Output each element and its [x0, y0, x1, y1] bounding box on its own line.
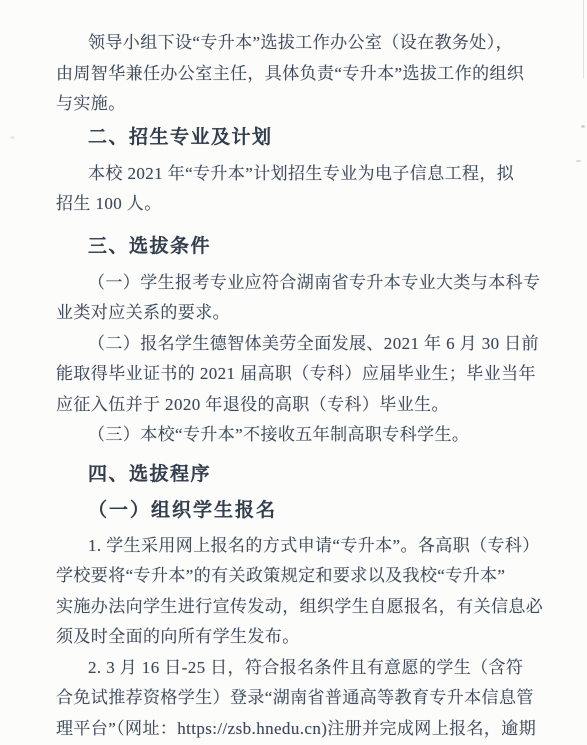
- paragraph-line: 由周智华兼任办公室主任，具体负责“专升本”选拔工作的组织: [56, 59, 558, 90]
- paragraph-line: 能取得毕业证书的 2021 届高职（专科）应届毕业生；毕业当年: [56, 359, 558, 390]
- paragraph-line: 1. 学生采用网上报名的方式申请“专升本”。各高职（专科）: [56, 531, 558, 562]
- scan-speck: [581, 125, 585, 128]
- paragraph-line-with-url: 理平台”（网址：https://zsb.hnedu.cn)注册并完成网上报名，逾…: [56, 714, 558, 745]
- paragraph-line: 领导小组下设“专升本”选拔工作办公室（设在教务处），: [56, 28, 558, 59]
- document-text-block: 领导小组下设“专升本”选拔工作办公室（设在教务处）， 由周智华兼任办公室主任，具…: [56, 28, 558, 744]
- section-heading-selection-procedure: 四、选拔程序: [56, 459, 558, 490]
- subsection-heading-student-registration: （一）组织学生报名: [56, 495, 558, 526]
- paragraph-line: 应征入伍并于 2020 年退役的高职（专科）毕业生。: [56, 390, 558, 421]
- paragraph-line: 实施办法向学生进行宣传发动，组织学生自愿报名，有关信息必: [56, 592, 558, 623]
- section-heading-enrollment-plan: 二、招生专业及计划: [56, 122, 558, 153]
- paragraph-line: 须及时全面的向所有学生发布。: [56, 622, 558, 653]
- scan-speck: [576, 160, 581, 162]
- paragraph-line: 学校要将“专升本”的有关政策规定和要求以及我校“专升本”: [56, 561, 558, 592]
- scanned-document-page: 领导小组下设“专升本”选拔工作办公室（设在教务处）， 由周智华兼任办公室主任，具…: [0, 0, 587, 745]
- paragraph-line: 本校 2021 年“专升本”计划招生专业为电子信息工程，拟: [56, 159, 558, 190]
- paragraph-line: （二）报名学生德智体美劳全面发展、2021 年 6 月 30 日前: [56, 329, 558, 360]
- paragraph-line: 招生 100 人。: [56, 189, 558, 220]
- paragraph-line: 合免试推荐资格学生）登录“湖南省普通高等教育专升本信息管: [56, 683, 558, 714]
- section-heading-selection-conditions: 三、选拔条件: [56, 231, 558, 262]
- paragraph-line: 与实施。: [56, 89, 558, 120]
- paragraph-line: （三）本校“专升本”不接收五年制高职专科学生。: [56, 420, 558, 451]
- paragraph-line: 2. 3 月 16 日-25 日，符合报名条件且有意愿的学生（含符: [56, 653, 558, 684]
- scan-speck: [10, 136, 15, 139]
- paragraph-line: 业类对应关系的要求。: [56, 298, 558, 329]
- paragraph-line: （一）学生报考专业应符合湖南省专升本专业大类与本科专: [56, 268, 558, 299]
- scan-edge-line: [583, 0, 584, 78]
